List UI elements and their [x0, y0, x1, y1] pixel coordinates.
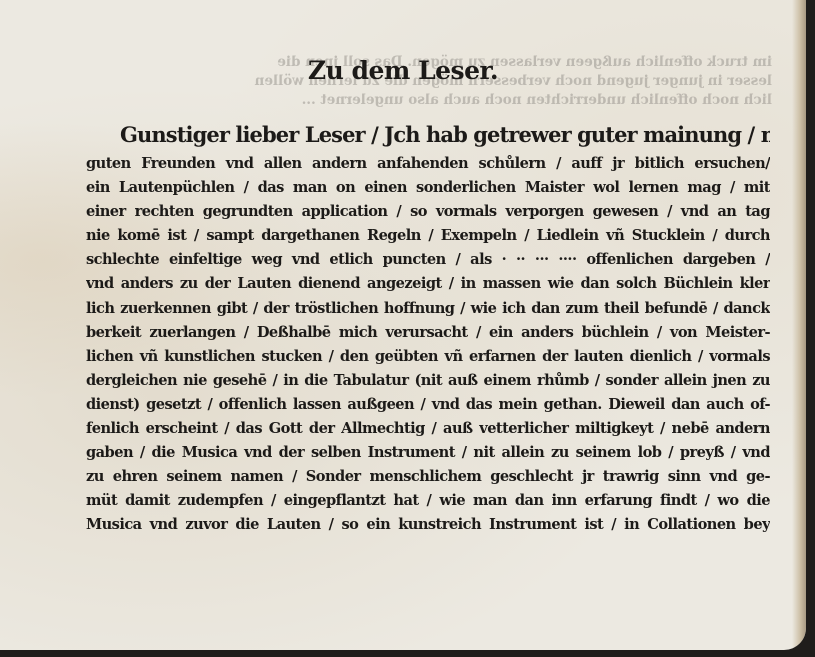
text-line: fenlich erscheint / das Gott der Allmech…: [86, 417, 770, 441]
text-line: guten Freunden vnd allen andern anfahend…: [86, 152, 770, 176]
text-line: lichen vñ kunstlichen stucken / den geüb…: [86, 345, 770, 369]
page-edge: [792, 0, 806, 650]
text-line: lich zuerkennen gibt / der tröstlichen h…: [86, 297, 770, 321]
text-line: schlechte einfeltige weg vnd etlich punc…: [86, 248, 770, 272]
text-line: vnd anders zu der Lauten dienend angezei…: [86, 272, 770, 296]
bleed-line: lich noch offenlich underrichten noch au…: [102, 91, 772, 110]
text-line: Musica vnd zuvor die Lauten / so ein kun…: [86, 513, 770, 537]
text-line: nie komē ist / sampt dargethanen Regeln …: [86, 224, 770, 248]
text-line: zu ehren seinem namen / Sonder menschlic…: [86, 465, 770, 489]
book-page: im truck offenlich außgeen verlassen zu …: [0, 0, 806, 650]
text-line: müt damit zudempfen / eingepflantzt hat …: [86, 489, 770, 513]
text-line: Gunstiger lieber Leser / Jch hab getrewe…: [120, 120, 770, 150]
text-line: gaben / die Musica vnd der selben Instru…: [86, 441, 770, 465]
body-text: Gunstiger lieber Leser / Jch hab getrewe…: [86, 120, 770, 538]
page-title: Zu dem Leser.: [0, 56, 806, 85]
text-line: berkeit zuerlangen / Deßhalbē mich verur…: [86, 321, 770, 345]
text-line: einer rechten gegrundten application / s…: [86, 200, 770, 224]
text-line: dienst) gesetzt / offenlich lassen außge…: [86, 393, 770, 417]
text-line: dergleichen nie gesehē / in die Tabulatu…: [86, 369, 770, 393]
text-line: ein Lautenpüchlen / das man on einen son…: [86, 176, 770, 200]
